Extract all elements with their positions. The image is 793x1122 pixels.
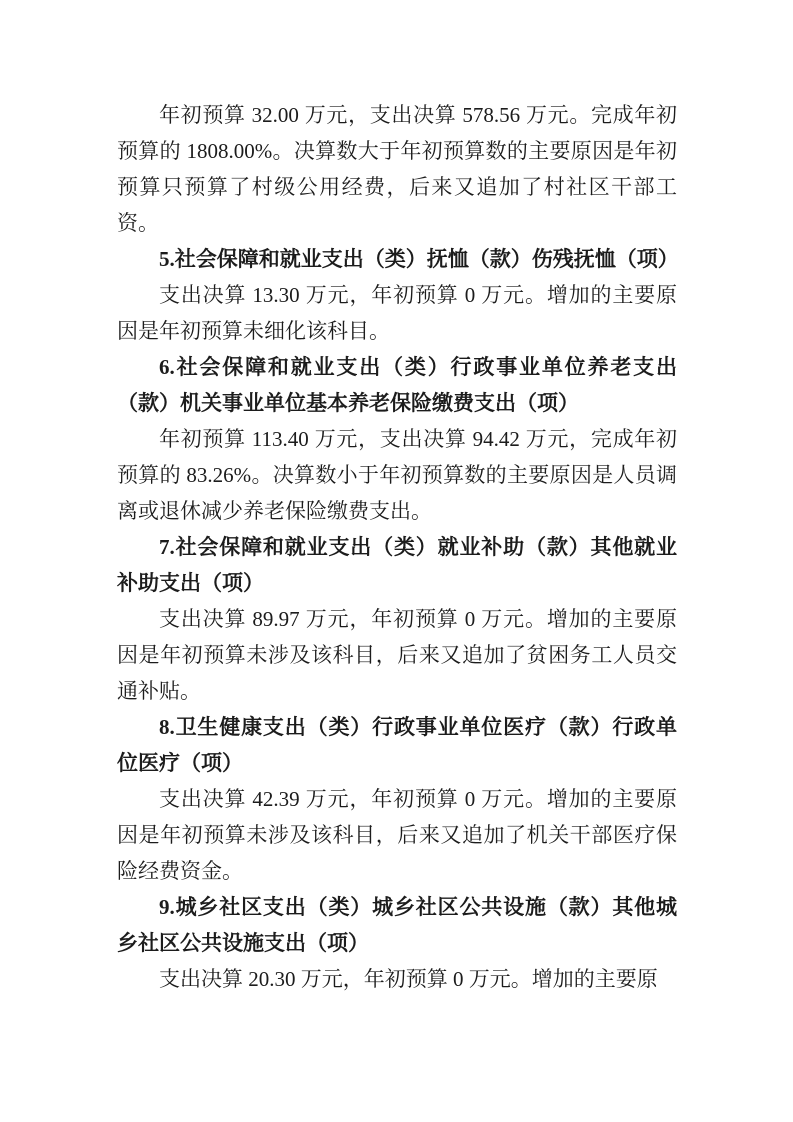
item-9-heading: 9.城乡社区支出（类）城乡社区公共设施（款）其他城乡社区公共设施支出（项）	[117, 889, 677, 961]
item-7-heading: 7.社会保障和就业支出（类）就业补助（款）其他就业补助支出（项）	[117, 529, 677, 601]
item-9-detail-paragraph-truncated: 支出决算 20.30 万元，年初预算 0 万元。增加的主要原	[117, 961, 677, 997]
item-6-detail-paragraph: 年初预算 113.40 万元，支出决算 94.42 万元，完成年初预算的 83.…	[117, 421, 677, 529]
item-5-heading: 5.社会保障和就业支出（类）抚恤（款）伤残抚恤（项）	[117, 241, 677, 277]
item-8-detail-paragraph: 支出决算 42.39 万元，年初预算 0 万元。增加的主要原因是年初预算未涉及该…	[117, 781, 677, 889]
item-7-detail-paragraph: 支出决算 89.97 万元，年初预算 0 万元。增加的主要原因是年初预算未涉及该…	[117, 601, 677, 709]
item-4-detail-paragraph-continued: 年初预算 32.00 万元，支出决算 578.56 万元。完成年初预算的 180…	[117, 97, 677, 241]
item-8-heading: 8.卫生健康支出（类）行政事业单位医疗（款）行政单位医疗（项）	[117, 709, 677, 781]
document-body: 年初预算 32.00 万元，支出决算 578.56 万元。完成年初预算的 180…	[117, 97, 677, 997]
item-6-heading: 6.社会保障和就业支出（类）行政事业单位养老支出（款）机关事业单位基本养老保险缴…	[117, 349, 677, 421]
item-5-detail-paragraph: 支出决算 13.30 万元，年初预算 0 万元。增加的主要原因是年初预算未细化该…	[117, 277, 677, 349]
document-page: 年初预算 32.00 万元，支出决算 578.56 万元。完成年初预算的 180…	[0, 0, 793, 1122]
